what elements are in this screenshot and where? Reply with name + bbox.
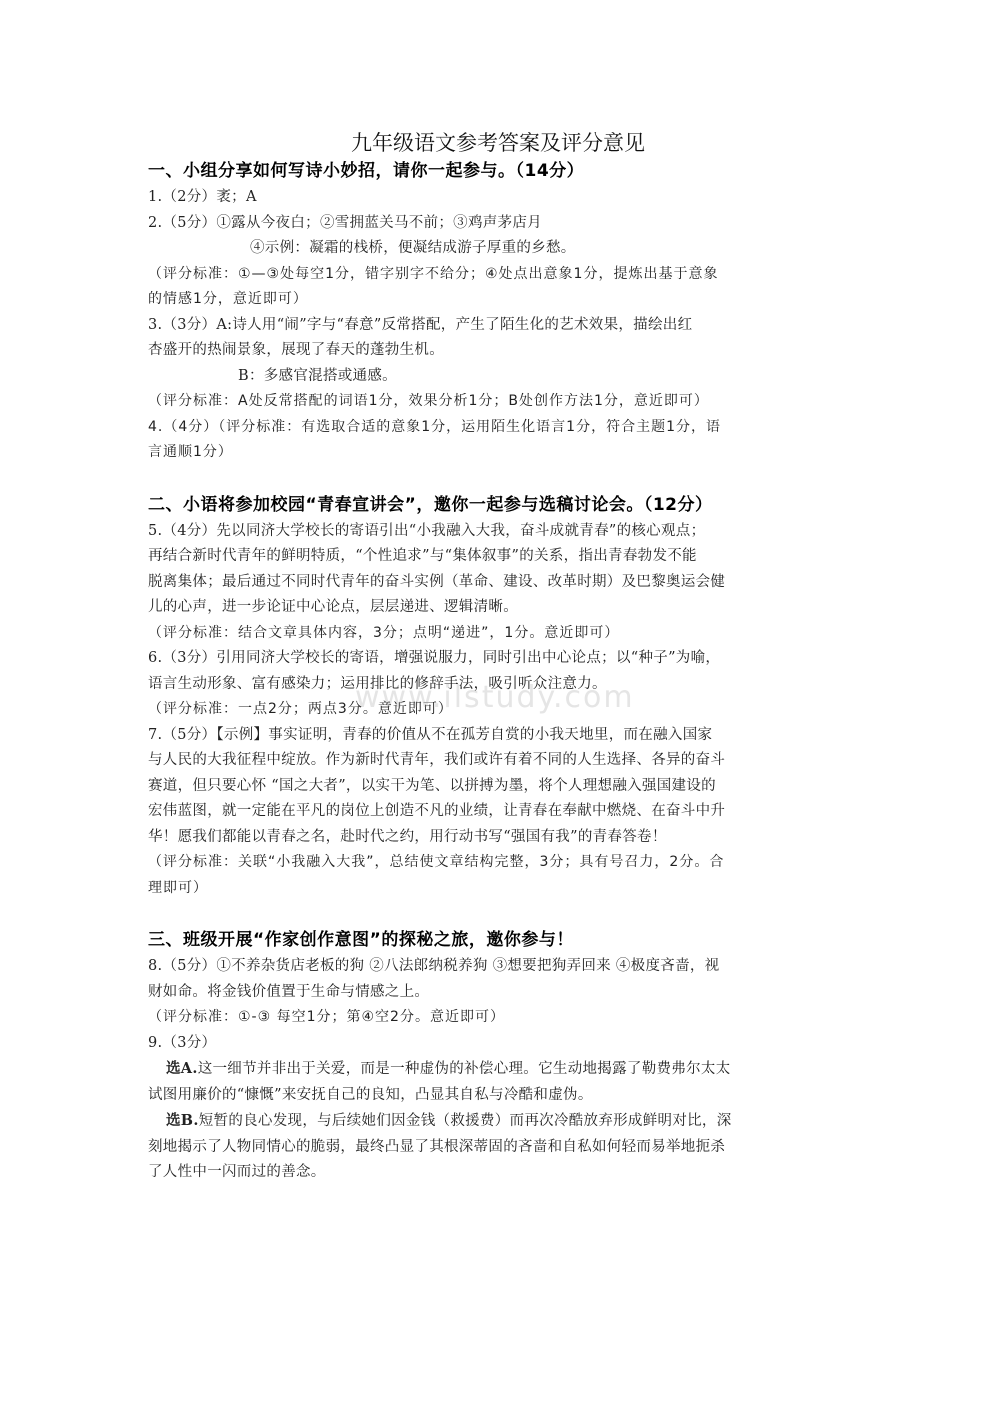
section-heading: 二、小语将参加校园“青春宣讲会”，邀你一起参与选稿讨论会。（12分） <box>148 492 848 519</box>
answer-line: 儿的心声，进一步论证中心论点，层层递进、逻辑清晰。 <box>148 595 848 621</box>
scoring-criteria: 的情感1分，意近即可） <box>148 287 848 313</box>
scoring-criteria: （评分标准：A处反常搭配的词语1分，效果分析1分；B处创作方法1分，意近即可） <box>148 389 848 415</box>
scoring-criteria: （评分标准：关联“小我融入大我”，总结使文章结构完整，3分；具有号召力，2分。合 <box>148 850 848 876</box>
scoring-criteria: （评分标准：①—③处每空1分，错字别字不给分；④处点出意象1分，提炼出基于意象 <box>148 262 848 288</box>
answer-line: 3.（3分）A:诗人用“闹”字与“春意”反常搭配，产生了陌生化的艺术效果，描绘出… <box>148 313 848 339</box>
scoring-criteria: （评分标准：结合文章具体内容，3分；点明“递进”，1分。意近即可） <box>148 621 848 647</box>
section-spacer <box>148 901 848 927</box>
answer-line: 5.（4分）先以同济大学校长的寄语引出“小我融入大我，奋斗成就青春”的核心观点； <box>148 519 848 545</box>
choice-label: 选A. <box>166 1060 198 1077</box>
scoring-criteria: 理即可） <box>148 876 848 902</box>
scoring-criteria: （评分标准：一点2分；两点3分。意近即可） <box>148 697 848 723</box>
answer-line: 与人民的大我征程中绽放。作为新时代青年，我们或许有着不同的人生选择、各异的奋斗 <box>148 748 848 774</box>
answer-key-page: 九年级语文参考答案及评分意见 一、小组分享如何写诗小妙招，请你一起参与。（14分… <box>148 128 848 1186</box>
answer-line: 宏伟蓝图，就一定能在平凡的岗位上创造不凡的业绩，让青春在奉献中燃烧、在奋斗中升 <box>148 799 848 825</box>
scoring-criteria: （评分标准：①-③ 每空1分；第④空2分。意近即可） <box>148 1005 848 1031</box>
choice-text: 这一细节并非出于关爱，而是一种虚伪的补偿心理。它生动地揭露了勒费弗尔太太 <box>198 1061 731 1077</box>
choice-a: 选A.这一细节并非出于关爱，而是一种虚伪的补偿心理。它生动地揭露了勒费弗尔太太 … <box>148 1056 848 1108</box>
answer-line: 试图用廉价的“慷慨”来安抚自己的良知，凸显其自私与冷酷和虚伪。 <box>148 1083 848 1109</box>
answer-line: 杏盛开的热闹景象，展现了春天的蓬勃生机。 <box>148 338 848 364</box>
answer-line: 2.（5分）①露从今夜白；②雪拥蓝关马不前；③鸡声茅店月 <box>148 211 848 237</box>
section-1: 一、小组分享如何写诗小妙招，请你一起参与。（14分） 1.（2分）袤；A 2.（… <box>148 158 848 466</box>
choice-label: 选B. <box>166 1112 199 1129</box>
answer-line: 1.（2分）袤；A <box>148 185 848 211</box>
choice-b: 选B.短暂的良心发现，与后续她们因金钱（救援费）而再次冷酷放弃形成鲜明对比，深 … <box>148 1108 848 1186</box>
answer-line: 语言生动形象、富有感染力；运用排比的修辞手法，吸引听众注意力。 <box>148 672 848 698</box>
section-heading: 一、小组分享如何写诗小妙招，请你一起参与。（14分） <box>148 158 848 185</box>
scoring-criteria: 4.（4分）（评分标准：有选取合适的意象1分，运用陌生化语言1分，符合主题1分，… <box>148 415 848 441</box>
answer-line: 6.（3分）引用同济大学校长的寄语，增强说服力，同时引出中心论点；以“种子”为喻… <box>148 646 848 672</box>
answer-line: 赛道，但只要心怀 “国之大者”，以实干为笔、以拼搏为墨，将个人理想融入强国建设的 <box>148 774 848 800</box>
answer-line: 选B.短暂的良心发现，与后续她们因金钱（救援费）而再次冷酷放弃形成鲜明对比，深 <box>148 1108 848 1135</box>
scoring-criteria: 言通顺1分） <box>148 440 848 466</box>
section-heading: 三、班级开展“作家创作意图”的探秘之旅，邀你参与！ <box>148 927 848 954</box>
answer-line: B：多感官混搭或通感。 <box>148 364 848 390</box>
section-2: 二、小语将参加校园“青春宣讲会”，邀你一起参与选稿讨论会。（12分） 5.（4分… <box>148 492 848 902</box>
answer-line: 9.（3分） <box>148 1031 848 1057</box>
page-title: 九年级语文参考答案及评分意见 <box>148 128 848 158</box>
answer-line: 8.（5分）①不养杂货店老板的狗 ②八法郎纳税养狗 ③想要把狗弄回来 ④极度吝啬… <box>148 954 848 980</box>
answer-line: 7.（5分）【示例】事实证明，青春的价值从不在孤芳自赏的小我天地里，而在融入国家 <box>148 723 848 749</box>
section-3: 三、班级开展“作家创作意图”的探秘之旅，邀你参与！ 8.（5分）①不养杂货店老板… <box>148 927 848 1186</box>
answer-line: 华！愿我们都能以青春之名，赴时代之约，用行动书写“强国有我”的青春答卷！ <box>148 825 848 851</box>
answer-line: 再结合新时代青年的鲜明特质，“个性追求”与“集体叙事”的关系，指出青春勃发不能 <box>148 544 848 570</box>
answer-line: 了人性中一闪而过的善念。 <box>148 1160 848 1186</box>
section-spacer <box>148 466 848 492</box>
choice-text: 短暂的良心发现，与后续她们因金钱（救援费）而再次冷酷放弃形成鲜明对比，深 <box>199 1113 732 1129</box>
answer-line: 选A.这一细节并非出于关爱，而是一种虚伪的补偿心理。它生动地揭露了勒费弗尔太太 <box>148 1056 848 1083</box>
answer-line: ④示例：凝霜的栈桥，便凝结成游子厚重的乡愁。 <box>148 236 848 262</box>
answer-line: 脱离集体；最后通过不同时代青年的奋斗实例（革命、建设、改革时期）及巴黎奥运会健 <box>148 570 848 596</box>
answer-line: 刻地揭示了人物同情心的脆弱，最终凸显了其根深蒂固的吝啬和自私如何轻而易举地扼杀 <box>148 1135 848 1161</box>
answer-line: 财如命。将金钱价值置于生命与情感之上。 <box>148 980 848 1006</box>
